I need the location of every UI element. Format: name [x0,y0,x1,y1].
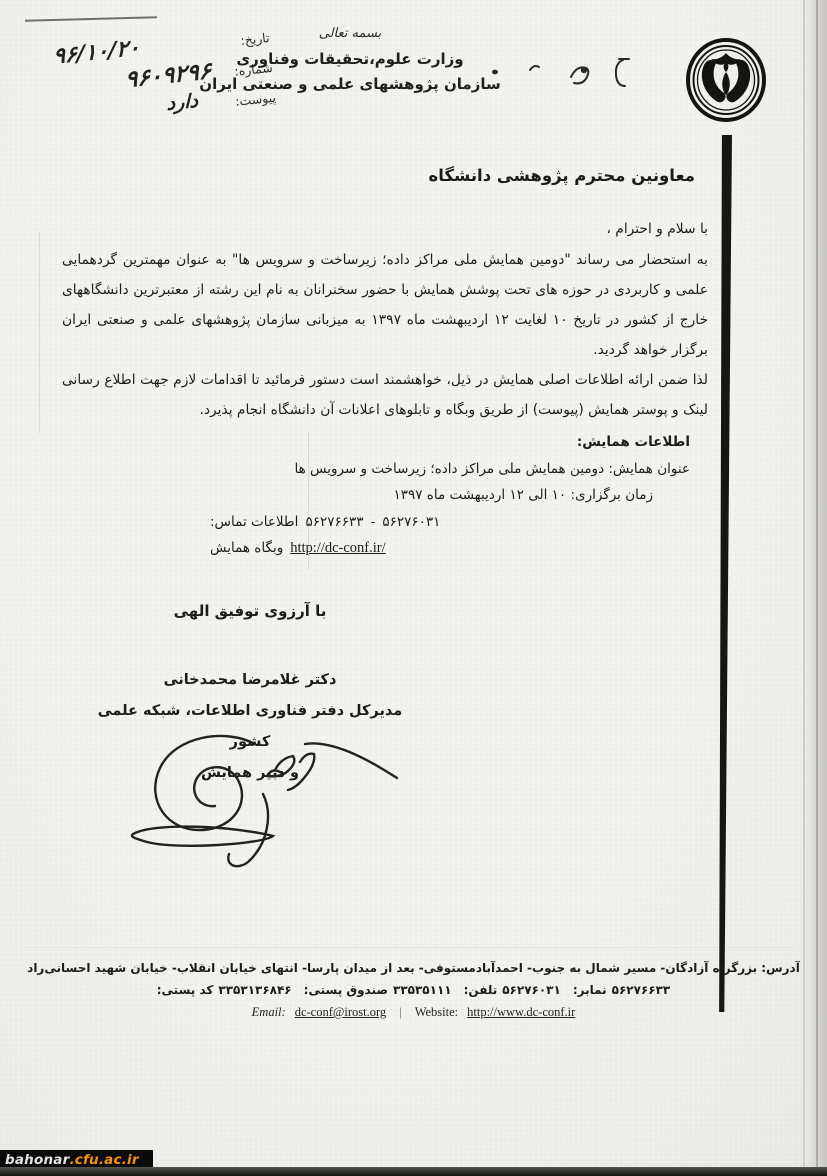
conference-info-block: اطلاعات همایش: عنوان همایش: دومین همایش … [210,429,690,562]
email-label: Email: [252,1005,286,1020]
handwritten-attachment: دارد [166,90,197,115]
phone-label: تلفن: [464,979,498,1001]
watermark-suffix: .cfu.ac.ir [69,1152,138,1168]
letterhead: بسمه تعالی وزارت علوم،تحقیقات وفناوری سا… [195,26,505,97]
scan-corner-line [25,16,157,21]
footer-divider: | [395,1005,406,1020]
contact-separator: - [370,509,375,536]
paper-crease [25,947,795,948]
conference-contact-line: ۵۶۲۷۶۰۳۱ - ۵۶۲۷۶۶۳۳ اطلاعات تماس: [210,509,663,536]
fax-pair: نمابر: ۵۶۲۷۶۶۳۳ [573,979,670,1001]
phone-pair: تلفن: ۵۶۲۷۶۰۳۱ [464,979,561,1001]
body-paragraph-2: لذا ضمن ارائه اطلاعات اصلی همایش در ذیل،… [62,365,708,425]
blessing-text: با آرزوی توفیق الهی [85,602,415,620]
salutation-text: با سلام و احترام ، [606,221,708,237]
paper-crease [39,233,40,433]
website-label: Website: [415,1005,458,1020]
handwritten-date: ۹۶/۱۰/۲۰ [53,35,139,69]
website-link[interactable]: http://www.dc-conf.ir [467,1005,575,1020]
letter-body: به استحضار می رساند "دومین همایش ملی مرا… [62,245,708,425]
recipient-heading: معاونین محترم پژوهشی دانشگاه [429,166,695,185]
contact-label: اطلاعات تماس: [210,509,298,536]
organization-name: سازمان پژوهشهای علمی و صنعتی ایران [195,72,505,97]
po-box-value: ۳۳۵۳۵۱۱۱ [393,979,452,1001]
conference-website-link[interactable]: http://dc-conf.ir/ [290,535,385,562]
conference-title-line: عنوان همایش: دومین همایش ملی مراکز داده؛… [210,456,690,483]
bismillah-text: بسمه تعالی [195,26,505,41]
handwritten-signature [115,732,405,881]
email-link[interactable]: dc-conf@irost.org [295,1005,386,1020]
po-box-pair: صندوق پستی: ۳۳۵۳۵۱۱۱ [304,979,452,1001]
letter-footer: آدرس: بزرگراه آزادگان- مسیر شمال به جنوب… [26,958,801,1020]
ministry-name: وزارت علوم،تحقیقات وفناوری [195,47,505,72]
conference-schedule-line: زمان برگزاری: ۱۰ الی ۱۲ اردیبهشت ماه ۱۳۹… [210,482,653,509]
pen-marks [478,46,658,98]
scan-edge-line [803,0,805,1176]
scan-bottom-strip [0,1167,827,1176]
signer-name: دکتر غلامرضا محمدخانی [85,665,415,696]
scan-fold-bar [718,135,732,1012]
footer-online-row: Email: dc-conf@irost.org | Website: http… [26,1005,801,1020]
conference-website-line: http://dc-conf.ir/ وبگاه همایش [210,535,657,562]
irost-logo-icon [684,36,768,128]
contact-phone-2: ۵۶۲۷۶۰۳۱ [382,509,440,536]
body-paragraph-1: به استحضار می رساند "دومین همایش ملی مرا… [62,245,708,365]
phone-value: ۵۶۲۷۶۰۳۱ [502,979,561,1001]
contact-phone-1: ۵۶۲۷۶۶۳۳ [305,509,363,536]
watermark-prefix: bahonar [5,1152,69,1168]
fax-value: ۵۶۲۷۶۶۳۳ [612,979,671,1001]
website-label: وبگاه همایش [210,535,283,562]
footer-address: آدرس: بزرگراه آزادگان- مسیر شمال به جنوب… [26,958,801,979]
footer-contact-row: کد پستی: ۳۳۵۳۱۳۶۸۴۶ صندوق پستی: ۳۳۵۳۵۱۱۱… [26,979,801,1001]
postal-code-label: کد پستی: [157,979,214,1001]
conference-info-heading: اطلاعات همایش: [210,429,690,456]
fax-label: نمابر: [573,979,607,1001]
po-box-label: صندوق پستی: [304,979,388,1001]
scan-edge-line [816,0,818,1176]
postal-code-pair: کد پستی: ۳۳۵۳۱۳۶۸۴۶ [157,979,292,1001]
scanned-letter-page: تاریخ: ۹۶/۱۰/۲۰ شماره: ۹۶۰۹۲۹۶ پیوست: دا… [0,0,827,1176]
postal-code-value: ۳۳۵۳۱۳۶۸۴۶ [218,979,291,1001]
